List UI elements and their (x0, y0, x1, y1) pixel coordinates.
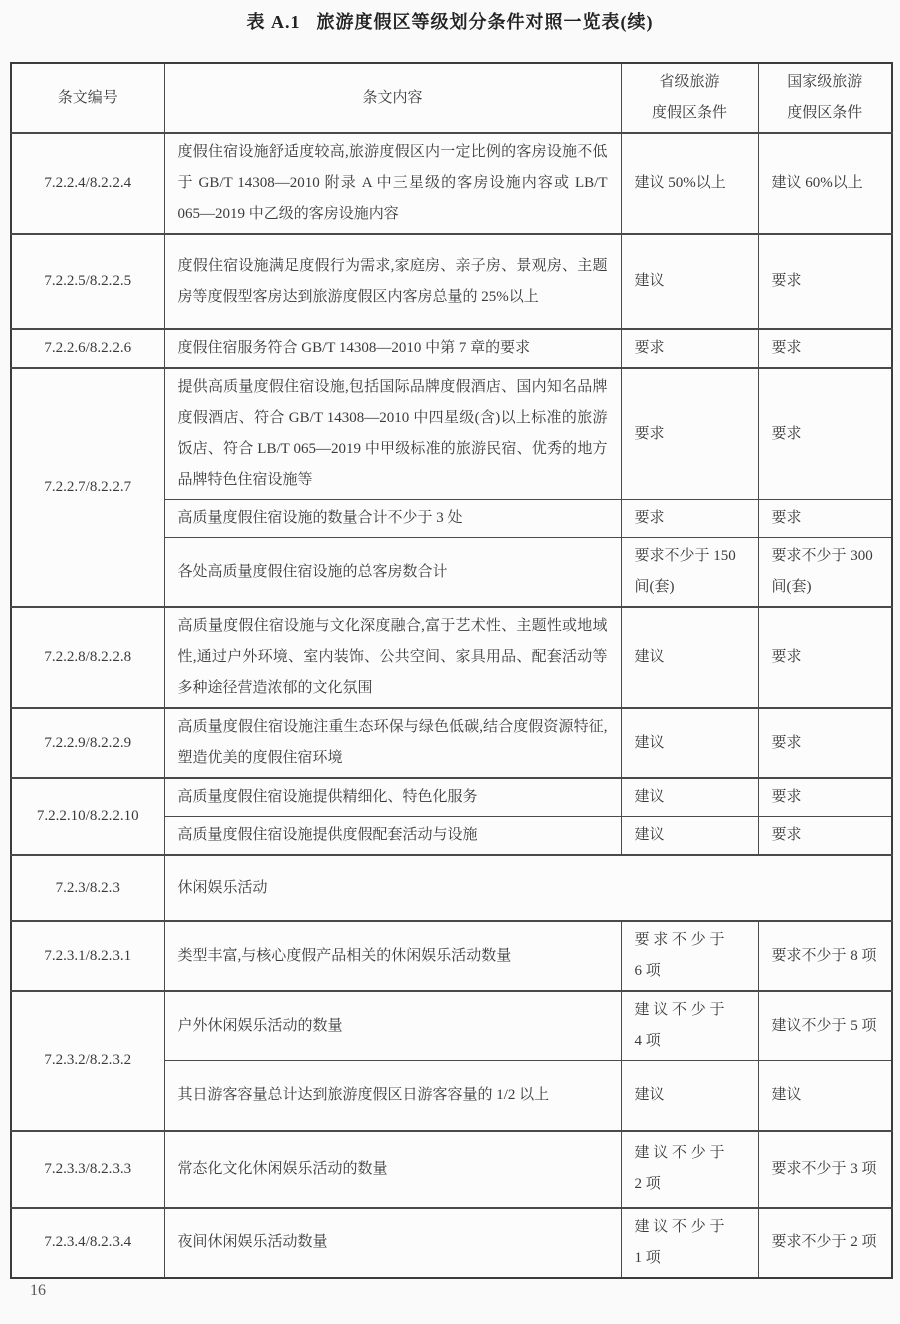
provincial-condition-cell: 建 议 不 少 于 4 项 (621, 991, 758, 1061)
article-id-cell: 7.2.2.7/8.2.2.7 (11, 368, 164, 607)
provincial-condition-cell: 要求 (621, 500, 758, 538)
article-id-cell: 7.2.2.9/8.2.2.9 (11, 708, 164, 778)
provincial-condition-cell: 建议 50%以上 (621, 133, 758, 234)
provincial-condition-cell: 建议 (621, 607, 758, 708)
provincial-condition-cell: 建议 (621, 817, 758, 856)
table-row: 7.2.3.4/8.2.3.4 夜间休闲娱乐活动数量 建 议 不 少 于 1 项… (11, 1208, 892, 1278)
provincial-condition-cell: 建议 (621, 778, 758, 817)
table-row: 7.2.2.8/8.2.2.8 高质量度假住宿设施与文化深度融合,富于艺术性、主… (11, 607, 892, 708)
provincial-condition-cell: 建 议 不 少 于 1 项 (621, 1208, 758, 1278)
article-id-cell: 7.2.2.4/8.2.2.4 (11, 133, 164, 234)
national-condition-cell: 建议 60%以上 (758, 133, 892, 234)
table-row: 7.2.3.2/8.2.3.2 户外休闲娱乐活动的数量 建 议 不 少 于 4 … (11, 991, 892, 1061)
provincial-condition-cell: 建议 (621, 1061, 758, 1131)
content-cell: 高质量度假住宿设施与文化深度融合,富于艺术性、主题性或地域性,通过户外环境、室内… (164, 607, 621, 708)
national-condition-cell: 要求 (758, 607, 892, 708)
provincial-condition-cell: 要求 (621, 368, 758, 500)
provincial-condition-cell: 要 求 不 少 于 6 项 (621, 921, 758, 991)
article-id-cell: 7.2.2.6/8.2.2.6 (11, 329, 164, 368)
section-row: 7.2.3/8.2.3 休闲娱乐活动 (11, 855, 892, 921)
table-row: 7.2.3.3/8.2.3.3 常态化文化休闲娱乐活动的数量 建 议 不 少 于… (11, 1131, 892, 1208)
header-article-content: 条文内容 (164, 63, 621, 133)
content-cell: 高质量度假住宿设施的数量合计不少于 3 处 (164, 500, 621, 538)
page-title: 表 A.1旅游度假区等级划分条件对照一览表(续) (0, 8, 900, 34)
article-id-cell: 7.2.2.10/8.2.2.10 (11, 778, 164, 855)
national-condition-cell: 要求 (758, 778, 892, 817)
national-condition-cell: 要求不少于 2 项 (758, 1208, 892, 1278)
table-row: 7.2.2.6/8.2.2.6 度假住宿服务符合 GB/T 14308—2010… (11, 329, 892, 368)
content-cell: 高质量度假住宿设施提供精细化、特色化服务 (164, 778, 621, 817)
table-number: 表 A.1 (247, 12, 301, 32)
table-row: 7.2.2.5/8.2.2.5 度假住宿设施满足度假行为需求,家庭房、亲子房、景… (11, 234, 892, 329)
table-row: 7.2.3.1/8.2.3.1 类型丰富,与核心度假产品相关的休闲娱乐活动数量 … (11, 921, 892, 991)
national-condition-cell: 要求 (758, 234, 892, 329)
content-cell: 其日游客容量总计达到旅游度假区日游客容量的 1/2 以上 (164, 1061, 621, 1131)
table-row: 7.2.2.9/8.2.2.9 高质量度假住宿设施注重生态环保与绿色低碳,结合度… (11, 708, 892, 778)
national-condition-cell: 要求 (758, 817, 892, 856)
national-condition-cell: 要求不少于 300 间(套) (758, 538, 892, 608)
provincial-condition-cell: 建 议 不 少 于 2 项 (621, 1131, 758, 1208)
article-id-cell: 7.2.3.2/8.2.3.2 (11, 991, 164, 1131)
national-condition-cell: 要求 (758, 368, 892, 500)
content-cell: 度假住宿设施满足度假行为需求,家庭房、亲子房、景观房、主题房等度假型客房达到旅游… (164, 234, 621, 329)
content-cell: 各处高质量度假住宿设施的总客房数合计 (164, 538, 621, 608)
content-cell: 度假住宿设施舒适度较高,旅游度假区内一定比例的客房设施不低于 GB/T 1430… (164, 133, 621, 234)
header-national-condition: 国家级旅游 度假区条件 (758, 63, 892, 133)
provincial-condition-cell: 要求 (621, 329, 758, 368)
national-condition-cell: 要求 (758, 708, 892, 778)
article-id-cell: 7.2.2.8/8.2.2.8 (11, 607, 164, 708)
national-condition-cell: 建议 (758, 1061, 892, 1131)
provincial-condition-cell: 要求不少于 150 间(套) (621, 538, 758, 608)
national-condition-cell: 要求不少于 3 项 (758, 1131, 892, 1208)
article-id-cell: 7.2.3/8.2.3 (11, 855, 164, 921)
header-provincial-condition: 省级旅游 度假区条件 (621, 63, 758, 133)
content-cell: 户外休闲娱乐活动的数量 (164, 991, 621, 1061)
article-id-cell: 7.2.2.5/8.2.2.5 (11, 234, 164, 329)
content-cell: 常态化文化休闲娱乐活动的数量 (164, 1131, 621, 1208)
national-condition-cell: 要求不少于 8 项 (758, 921, 892, 991)
content-cell: 类型丰富,与核心度假产品相关的休闲娱乐活动数量 (164, 921, 621, 991)
section-title-cell: 休闲娱乐活动 (164, 855, 892, 921)
provincial-condition-cell: 建议 (621, 708, 758, 778)
content-cell: 高质量度假住宿设施注重生态环保与绿色低碳,结合度假资源特征,塑造优美的度假住宿环… (164, 708, 621, 778)
comparison-table: 条文编号 条文内容 省级旅游 度假区条件 国家级旅游 度假区条件 7.2.2.4… (10, 62, 893, 1279)
national-condition-cell: 建议不少于 5 项 (758, 991, 892, 1061)
content-cell: 夜间休闲娱乐活动数量 (164, 1208, 621, 1278)
national-condition-cell: 要求 (758, 329, 892, 368)
table-header-row: 条文编号 条文内容 省级旅游 度假区条件 国家级旅游 度假区条件 (11, 63, 892, 133)
table-row: 7.2.2.7/8.2.2.7 提供高质量度假住宿设施,包括国际品牌度假酒店、国… (11, 368, 892, 500)
table-row: 7.2.2.4/8.2.2.4 度假住宿设施舒适度较高,旅游度假区内一定比例的客… (11, 133, 892, 234)
page-number: 16 (30, 1282, 46, 1300)
article-id-cell: 7.2.3.1/8.2.3.1 (11, 921, 164, 991)
article-id-cell: 7.2.3.3/8.2.3.3 (11, 1131, 164, 1208)
content-cell: 高质量度假住宿设施提供度假配套活动与设施 (164, 817, 621, 856)
content-cell: 提供高质量度假住宿设施,包括国际品牌度假酒店、国内知名品牌度假酒店、符合 GB/… (164, 368, 621, 500)
table-title-text: 旅游度假区等级划分条件对照一览表(续) (317, 12, 654, 32)
table-row: 7.2.2.10/8.2.2.10 高质量度假住宿设施提供精细化、特色化服务 建… (11, 778, 892, 817)
provincial-condition-cell: 建议 (621, 234, 758, 329)
national-condition-cell: 要求 (758, 500, 892, 538)
header-article-id: 条文编号 (11, 63, 164, 133)
article-id-cell: 7.2.3.4/8.2.3.4 (11, 1208, 164, 1278)
content-cell: 度假住宿服务符合 GB/T 14308—2010 中第 7 章的要求 (164, 329, 621, 368)
